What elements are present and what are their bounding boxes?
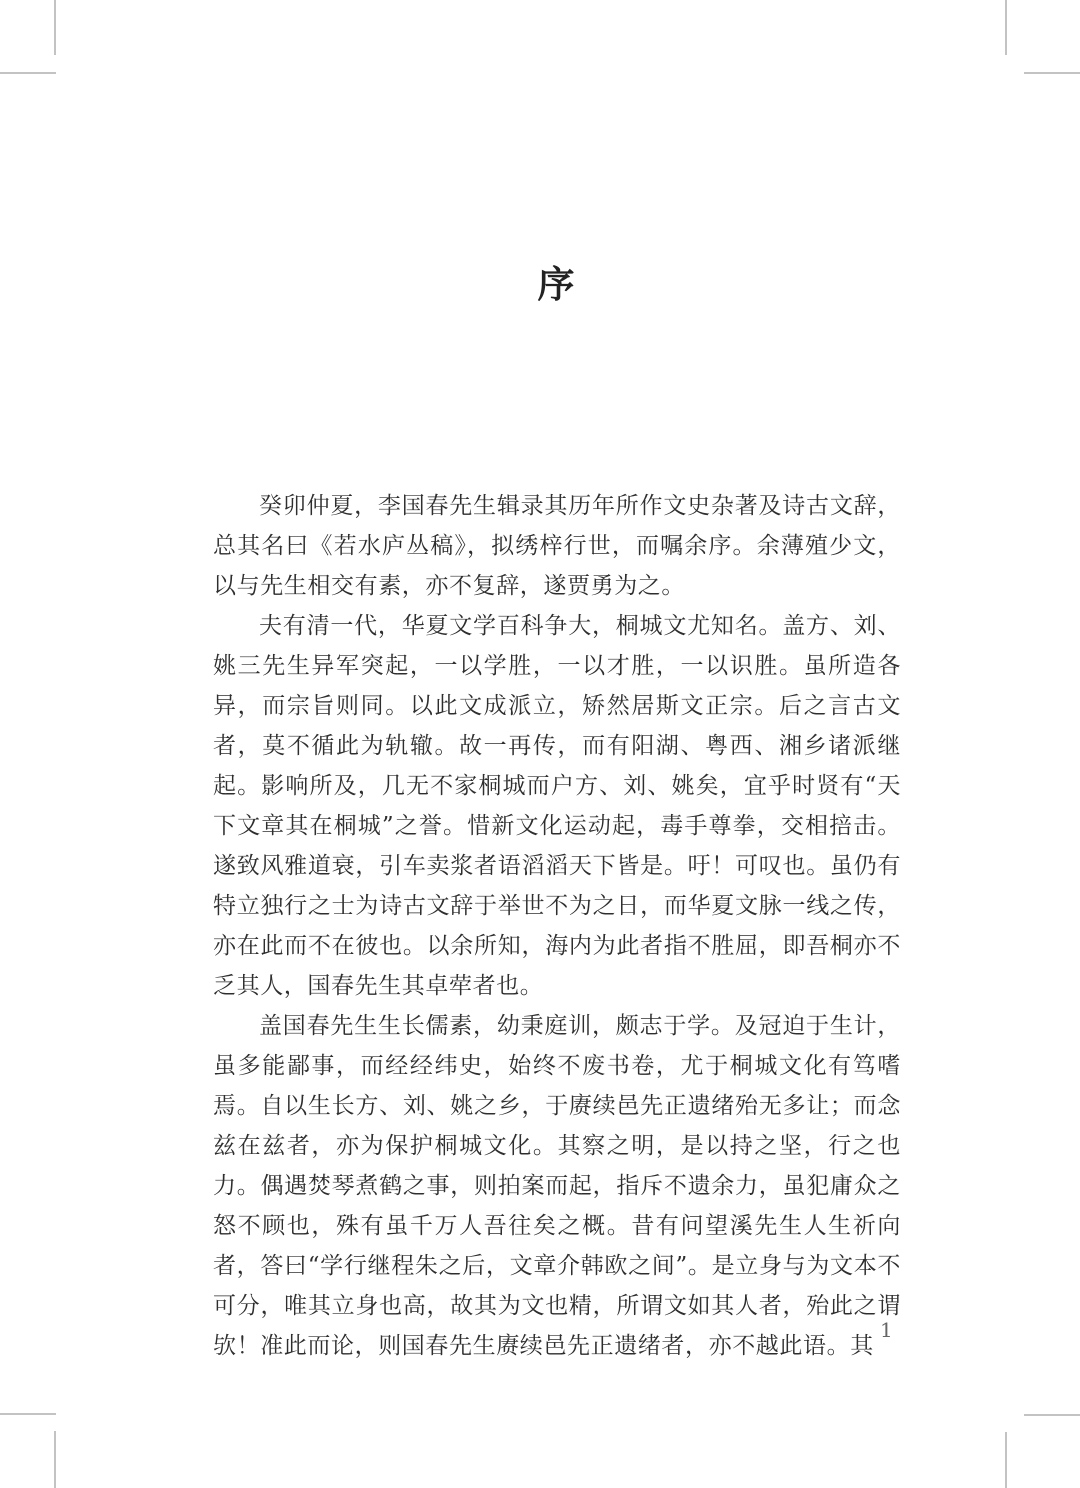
paragraph-1: 癸卯仲夏，李国春先生辑录其历年所作文史杂著及诗古文辞，总其名曰《若水庐丛稿》，拟…	[213, 486, 901, 606]
document-page: 序 癸卯仲夏，李国春先生辑录其历年所作文史杂著及诗古文辞，总其名曰《若水庐丛稿》…	[0, 0, 1080, 1488]
page-content: 序 癸卯仲夏，李国春先生辑录其历年所作文史杂著及诗古文辞，总其名曰《若水庐丛稿》…	[213, 262, 901, 1366]
crop-mark-bottom-left-horizontal	[0, 1413, 56, 1415]
crop-mark-bottom-left-vertical	[54, 1431, 56, 1488]
paragraph-3: 盖国春先生生长儒素，幼秉庭训，颇志于学。及冠迫于生计，虽多能鄙事，而经经纬史，始…	[213, 1006, 901, 1366]
crop-mark-top-left-horizontal	[0, 72, 56, 74]
paragraph-2: 夫有清一代，华夏文学百科争大，桐城文尤知名。盖方、刘、姚三先生异军突起，一以学胜…	[213, 606, 901, 1006]
crop-mark-bottom-right-vertical	[1005, 1432, 1007, 1488]
crop-mark-top-right-horizontal	[1024, 72, 1080, 74]
crop-mark-top-left-vertical	[54, 0, 56, 55]
page-number: 1	[880, 1318, 893, 1342]
crop-mark-top-right-vertical	[1005, 0, 1007, 55]
crop-mark-bottom-right-horizontal	[1024, 1414, 1080, 1416]
page-title: 序	[213, 262, 901, 306]
